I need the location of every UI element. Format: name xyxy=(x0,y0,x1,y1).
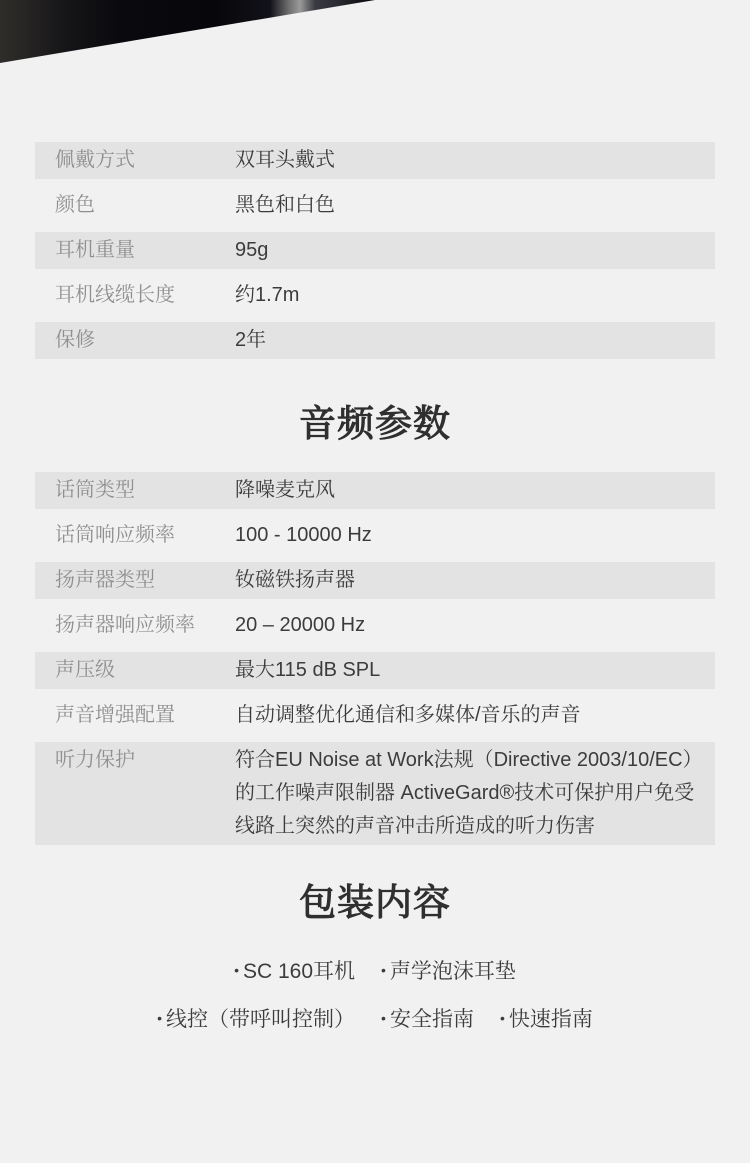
spec-label: 保修 xyxy=(55,324,235,357)
spec-value: 自动调整优化通信和多媒体/音乐的声音 xyxy=(235,699,695,732)
spec-value: 20 – 20000 Hz xyxy=(235,609,695,642)
package-contents-list: • SC 160耳机 • 声学泡沫耳垫 • 线控（带呼叫控制） • 安全指南 •… xyxy=(0,954,750,1050)
spec-label: 声压级 xyxy=(55,654,235,687)
table-row: 保修 2年 xyxy=(35,322,715,359)
package-section-title: 包装内容 xyxy=(0,879,750,927)
spec-value: 黑色和白色 xyxy=(235,189,695,222)
table-row: 话筒类型 降噪麦克风 xyxy=(35,472,715,509)
spec-value: 95g xyxy=(235,234,695,267)
spec-label: 听力保护 xyxy=(55,744,235,843)
spec-label: 颜色 xyxy=(55,189,235,222)
package-item-label: 声学泡沫耳垫 xyxy=(390,955,516,985)
spec-label: 耳机重量 xyxy=(55,234,235,267)
package-item-label: 安全指南 xyxy=(390,1003,474,1033)
table-row: 佩戴方式 双耳头戴式 xyxy=(35,142,715,179)
list-item: • 线控（带呼叫控制） xyxy=(157,1003,355,1033)
spec-label: 话筒响应频率 xyxy=(55,519,235,552)
table-row: 颜色 黑色和白色 xyxy=(35,187,715,224)
table-row: 声压级 最大115 dB SPL xyxy=(35,652,715,689)
spec-value: 约1.7m xyxy=(235,279,695,312)
package-item-label: 快速指南 xyxy=(509,1003,593,1033)
bullet-icon: • xyxy=(500,1010,505,1026)
spec-label: 话筒类型 xyxy=(55,474,235,507)
package-item-label: 线控（带呼叫控制） xyxy=(166,1003,355,1033)
package-item-label: SC 160耳机 xyxy=(243,955,355,985)
spec-value: 2年 xyxy=(235,324,695,357)
bullet-icon: • xyxy=(381,1010,386,1026)
audio-section-title: 音频参数 xyxy=(0,400,750,448)
spec-label: 声音增强配置 xyxy=(55,699,235,732)
general-spec-table: 佩戴方式 双耳头戴式 颜色 黑色和白色 耳机重量 95g 耳机线缆长度 约1.7… xyxy=(35,142,715,367)
spec-value: 最大115 dB SPL xyxy=(235,654,695,687)
spec-value: 100 - 10000 Hz xyxy=(235,519,695,552)
spec-label: 耳机线缆长度 xyxy=(55,279,235,312)
list-item: • 安全指南 xyxy=(381,1003,474,1033)
table-row: 声音增强配置 自动调整优化通信和多媒体/音乐的声音 xyxy=(35,697,715,734)
table-row: 扬声器类型 钕磁铁扬声器 xyxy=(35,562,715,599)
product-photo-corner xyxy=(0,0,375,63)
table-row: 听力保护 符合EU Noise at Work法规（Directive 2003… xyxy=(35,742,715,845)
bullet-icon: • xyxy=(381,962,386,978)
package-line: • 线控（带呼叫控制） • 安全指南 • 快速指南 xyxy=(0,1002,750,1034)
list-item: • SC 160耳机 xyxy=(234,955,355,985)
bullet-icon: • xyxy=(157,1010,162,1026)
spec-label: 佩戴方式 xyxy=(55,144,235,177)
bullet-icon: • xyxy=(234,962,239,978)
table-row: 耳机线缆长度 约1.7m xyxy=(35,277,715,314)
package-line: • SC 160耳机 • 声学泡沫耳垫 xyxy=(0,954,750,986)
spec-label: 扬声器类型 xyxy=(55,564,235,597)
list-item: • 快速指南 xyxy=(500,1003,593,1033)
spec-label: 扬声器响应频率 xyxy=(55,609,235,642)
table-row: 话筒响应频率 100 - 10000 Hz xyxy=(35,517,715,554)
table-row: 扬声器响应频率 20 – 20000 Hz xyxy=(35,607,715,644)
list-item: • 声学泡沫耳垫 xyxy=(381,955,516,985)
spec-value: 符合EU Noise at Work法规（Directive 2003/10/E… xyxy=(235,744,695,843)
spec-value: 降噪麦克风 xyxy=(235,474,695,507)
spec-value: 双耳头戴式 xyxy=(235,144,695,177)
audio-spec-table: 话筒类型 降噪麦克风 话筒响应频率 100 - 10000 Hz 扬声器类型 钕… xyxy=(35,472,715,853)
table-row: 耳机重量 95g xyxy=(35,232,715,269)
spec-value: 钕磁铁扬声器 xyxy=(235,564,695,597)
